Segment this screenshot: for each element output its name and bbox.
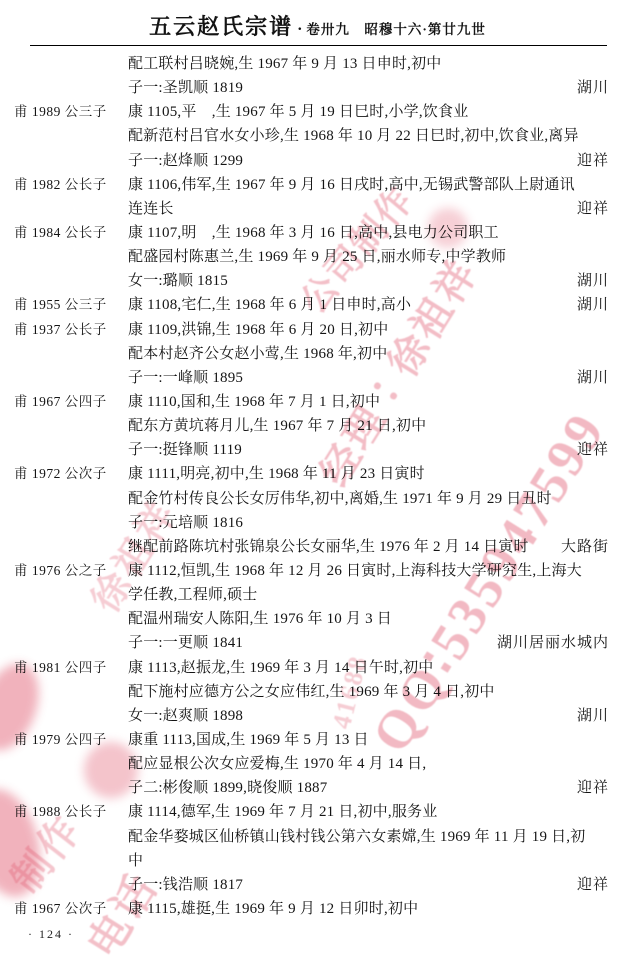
entry-line: 配本村赵齐公女赵小莺,生 1968 年,初中 bbox=[0, 342, 635, 366]
entry-line: 子一:挺锋顺 1119迎祥 bbox=[0, 438, 635, 462]
entry-text: 康 1107,明 ,生 1968 年 3 月 16 日,高中,县电力公司职工 bbox=[128, 221, 609, 245]
residence-tag: 大路街 bbox=[561, 535, 609, 559]
entry-line: 甫 1967 公四子康 1110,国和,生 1968 年 7 月 1 日,初中 bbox=[0, 390, 635, 414]
generation-label: 甫 1989 公三子 bbox=[14, 100, 128, 124]
entry-line: 配下施村应德方公之女应伟红,生 1969 年 3 月 4 日,初中 bbox=[0, 680, 635, 704]
header-divider bbox=[30, 45, 607, 46]
entry-text: 连连长 bbox=[128, 197, 577, 221]
residence-tag: 迎祥 bbox=[577, 197, 609, 221]
generation-label: 甫 1955 公三子 bbox=[14, 293, 128, 317]
generation-label: 甫 1967 公四子 bbox=[14, 390, 128, 414]
entry-line: 配应显根公次女应爱梅,生 1970 年 4 月 14 日, bbox=[0, 752, 635, 776]
entry-text: 学任教,工程师,硕士 bbox=[128, 583, 609, 607]
entry-line: 配金华婺城区仙桥镇山钱村钱公第六女素嫦,生 1969 年 11 月 19 日,初 bbox=[0, 825, 635, 849]
entry-text: 康 1115,雄挺,生 1969 年 9 月 12 日卯时,初中 bbox=[128, 897, 609, 921]
entry-text: 配本村赵齐公女赵小莺,生 1968 年,初中 bbox=[128, 342, 609, 366]
entry-text: 康 1114,德军,生 1969 年 7 月 21 日,初中,服务业 bbox=[128, 800, 609, 824]
entry-text: 配盛园村陈惠兰,生 1969 年 9 月 25 日,丽水师专,中学教师 bbox=[128, 245, 609, 269]
entry-text: 中 bbox=[128, 849, 609, 873]
entry-line: 女一:赵爽顺 1898湖川 bbox=[0, 704, 635, 728]
entry-text: 子二:彬俊顺 1899,晓俊顺 1887 bbox=[128, 776, 577, 800]
entry-line: 甫 1984 公长子康 1107,明 ,生 1968 年 3 月 16 日,高中… bbox=[0, 221, 635, 245]
entry-text: 康 1109,洪锦,生 1968 年 6 月 20 日,初中 bbox=[128, 318, 609, 342]
entry-line: 配盛园村陈惠兰,生 1969 年 9 月 25 日,丽水师专,中学教师 bbox=[0, 245, 635, 269]
volume-subtitle: 卷卅九 昭穆十六·第廿九世 bbox=[306, 22, 486, 37]
generation-label: 甫 1972 公次子 bbox=[14, 462, 128, 486]
residence-tag: 湖川 bbox=[577, 704, 609, 728]
entry-line: 甫 1982 公长子康 1106,伟军,生 1967 年 9 月 16 日戌时,… bbox=[0, 173, 635, 197]
generation-label: 甫 1976 公之子 bbox=[14, 559, 128, 583]
entry-line: 甫 1937 公长子康 1109,洪锦,生 1968 年 6 月 20 日,初中 bbox=[0, 318, 635, 342]
entry-line: 甫 1976 公之子康 1112,恒凯,生 1968 年 12 月 26 日寅时… bbox=[0, 559, 635, 583]
entry-text: 继配前路陈坑村张锦泉公长女丽华,生 1976 年 2 月 14 日寅时 bbox=[128, 535, 561, 559]
residence-tag: 湖川居丽水城内 bbox=[497, 631, 609, 655]
genealogy-lines: 配工联村吕晓婉,生 1967 年 9 月 13 日申时,初中子一:圣凯顺 181… bbox=[0, 52, 635, 921]
entry-line: 甫 1989 公三子康 1105,平 ,生 1967 年 5 月 19 日巳时,… bbox=[0, 100, 635, 124]
entry-text: 康 1111,明亮,初中,生 1968 年 11 月 23 日寅时 bbox=[128, 462, 609, 486]
entry-text: 康 1106,伟军,生 1967 年 9 月 16 日戌时,高中,无锡武警部队上… bbox=[128, 173, 609, 197]
entry-line: 配温州瑞安人陈阳,生 1976 年 10 月 3 日 bbox=[0, 607, 635, 631]
entry-line: 连连长迎祥 bbox=[0, 197, 635, 221]
entry-line: 甫 1972 公次子康 1111,明亮,初中,生 1968 年 11 月 23 … bbox=[0, 462, 635, 486]
page-header: 五云赵氏宗谱·卷卅九 昭穆十六·第廿九世 bbox=[0, 10, 635, 41]
entry-line: 子一:一更顺 1841湖川居丽水城内 bbox=[0, 631, 635, 655]
entry-line: 甫 1967 公次子康 1115,雄挺,生 1969 年 9 月 12 日卯时,… bbox=[0, 897, 635, 921]
entry-text: 配新范村吕官水女小珍,生 1968 年 10 月 22 日巳时,初中,饮食业,离… bbox=[128, 124, 609, 148]
entry-line: 配新范村吕官水女小珍,生 1968 年 10 月 22 日巳时,初中,饮食业,离… bbox=[0, 124, 635, 148]
generation-label: 甫 1988 公长子 bbox=[14, 800, 128, 824]
entry-text: 康 1108,宅仁,生 1968 年 6 月 1 日申时,高小 bbox=[128, 293, 577, 317]
entry-text: 康 1113,赵振龙,生 1969 年 3 月 14 日午时,初中 bbox=[128, 656, 609, 680]
entry-line: 子一:赵烽顺 1299迎祥 bbox=[0, 149, 635, 173]
entry-line: 女一:璐顺 1815湖川 bbox=[0, 269, 635, 293]
generation-label: 甫 1979 公四子 bbox=[14, 728, 128, 752]
generation-label: 甫 1984 公长子 bbox=[14, 221, 128, 245]
residence-tag: 湖川 bbox=[577, 76, 609, 100]
entry-line: 中 bbox=[0, 849, 635, 873]
entry-text: 配温州瑞安人陈阳,生 1976 年 10 月 3 日 bbox=[128, 607, 609, 631]
entry-text: 配工联村吕晓婉,生 1967 年 9 月 13 日申时,初中 bbox=[128, 52, 609, 76]
entry-text: 子一:圣凯顺 1819 bbox=[128, 76, 577, 100]
residence-tag: 湖川 bbox=[577, 269, 609, 293]
entry-line: 甫 1955 公三子康 1108,宅仁,生 1968 年 6 月 1 日申时,高… bbox=[0, 293, 635, 317]
entry-line: 子二:彬俊顺 1899,晓俊顺 1887迎祥 bbox=[0, 776, 635, 800]
entry-text: 子一:元培顺 1816 bbox=[128, 511, 609, 535]
entry-line: 甫 1981 公四子康 1113,赵振龙,生 1969 年 3 月 14 日午时… bbox=[0, 656, 635, 680]
generation-label: 甫 1982 公长子 bbox=[14, 173, 128, 197]
residence-tag: 湖川 bbox=[577, 293, 609, 317]
title-separator: · bbox=[297, 21, 302, 38]
entry-line: 继配前路陈坑村张锦泉公长女丽华,生 1976 年 2 月 14 日寅时大路街 bbox=[0, 535, 635, 559]
entry-text: 配应显根公次女应爱梅,生 1970 年 4 月 14 日, bbox=[128, 752, 609, 776]
entry-line: 配工联村吕晓婉,生 1967 年 9 月 13 日申时,初中 bbox=[0, 52, 635, 76]
residence-tag: 湖川 bbox=[577, 366, 609, 390]
entry-text: 康重 1113,国成,生 1969 年 5 月 13 日 bbox=[128, 728, 609, 752]
entry-line: 配东方黄坑蒋月儿,生 1967 年 7 月 21 日,初中 bbox=[0, 414, 635, 438]
residence-tag: 迎祥 bbox=[577, 776, 609, 800]
entry-text: 康 1110,国和,生 1968 年 7 月 1 日,初中 bbox=[128, 390, 609, 414]
generation-label: 甫 1937 公长子 bbox=[14, 318, 128, 342]
page-number: · 124 · bbox=[28, 927, 74, 942]
entry-line: 子一:元培顺 1816 bbox=[0, 511, 635, 535]
entry-line: 学任教,工程师,硕士 bbox=[0, 583, 635, 607]
entry-text: 女一:璐顺 1815 bbox=[128, 269, 577, 293]
entry-text: 配金华婺城区仙桥镇山钱村钱公第六女素嫦,生 1969 年 11 月 19 日,初 bbox=[128, 825, 609, 849]
entry-text: 子一:一峰顺 1895 bbox=[128, 366, 577, 390]
residence-tag: 迎祥 bbox=[577, 873, 609, 897]
entry-text: 子一:赵烽顺 1299 bbox=[128, 149, 577, 173]
residence-tag: 迎祥 bbox=[577, 149, 609, 173]
entry-text: 康 1105,平 ,生 1967 年 5 月 19 日巳时,小学,饮食业 bbox=[128, 100, 609, 124]
residence-tag: 迎祥 bbox=[577, 438, 609, 462]
entry-text: 女一:赵爽顺 1898 bbox=[128, 704, 577, 728]
genealogy-title: 五云赵氏宗谱 bbox=[149, 14, 293, 39]
entry-line: 子一:圣凯顺 1819湖川 bbox=[0, 76, 635, 100]
generation-label: 甫 1981 公四子 bbox=[14, 656, 128, 680]
entry-text: 康 1112,恒凯,生 1968 年 12 月 26 日寅时,上海科技大学研究生… bbox=[128, 559, 609, 583]
entry-text: 子一:挺锋顺 1119 bbox=[128, 438, 577, 462]
entry-line: 子一:钱浩顺 1817迎祥 bbox=[0, 873, 635, 897]
entry-text: 子一:一更顺 1841 bbox=[128, 631, 497, 655]
entry-text: 配东方黄坑蒋月儿,生 1967 年 7 月 21 日,初中 bbox=[128, 414, 609, 438]
generation-label: 甫 1967 公次子 bbox=[14, 897, 128, 921]
entry-text: 配金竹村传良公长女厉伟华,初中,离婚,生 1971 年 9 月 29 日丑时 bbox=[128, 487, 609, 511]
entry-line: 配金竹村传良公长女厉伟华,初中,离婚,生 1971 年 9 月 29 日丑时 bbox=[0, 487, 635, 511]
entry-line: 子一:一峰顺 1895湖川 bbox=[0, 366, 635, 390]
entry-line: 甫 1988 公长子康 1114,德军,生 1969 年 7 月 21 日,初中… bbox=[0, 800, 635, 824]
entry-text: 配下施村应德方公之女应伟红,生 1969 年 3 月 4 日,初中 bbox=[128, 680, 609, 704]
entry-text: 子一:钱浩顺 1817 bbox=[128, 873, 577, 897]
entry-line: 甫 1979 公四子康重 1113,国成,生 1969 年 5 月 13 日 bbox=[0, 728, 635, 752]
